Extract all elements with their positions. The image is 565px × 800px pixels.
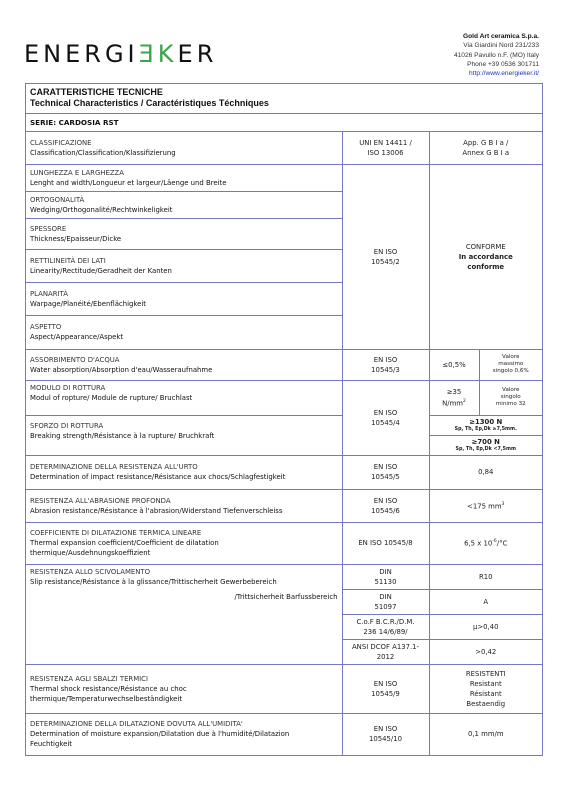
value-line: Bestaendig <box>434 699 539 709</box>
value-line: ≥700 N <box>432 437 541 447</box>
serie-label: SERIE: CARDOSIA RST <box>26 114 542 132</box>
norm-line: 51097 <box>347 602 425 612</box>
value-cell: µ>0,40 <box>429 614 542 639</box>
norm-cell: EN ISO10545/4 <box>342 380 429 455</box>
property-en: Linearity/Rectitude/Geradheit der Kanten <box>30 266 338 276</box>
property-en: Wedging/Orthogonalité/Rechtwinkeligkeit <box>30 205 338 215</box>
value-line: N/mm <box>442 399 463 407</box>
norm-line: EN ISO <box>347 408 425 418</box>
property-en: Warpage/Planéité/Ebenflächigkeit <box>30 299 338 309</box>
value-cell: RESISTENTIResistantRésistantBestaendig <box>429 664 542 713</box>
property-it: SFORZO DI ROTTURA <box>30 421 338 431</box>
company-name: Gold Art ceramica S.p.a. <box>454 32 539 41</box>
property-en: thermique/Ausdehnungskoeffizient <box>30 548 338 558</box>
note-line: singolo 0,6% <box>484 368 539 375</box>
technical-sheet: CARATTERISTICHE TECNICHE Technical Chara… <box>25 83 543 756</box>
property-cell: COEFFICIENTE DI DILATAZIONE TERMICA LINE… <box>26 522 342 564</box>
property-cell: DETERMINAZIONE DELLA DILATAZIONE DOVUTA … <box>26 713 342 755</box>
value-line: ≤0,5% <box>442 361 465 369</box>
condition-line: Sp, Th, Ep,Dk <7,5mm <box>432 447 541 453</box>
value-line: 0,1 mm/m <box>468 730 504 738</box>
norm-line: 10545/3 <box>347 365 425 375</box>
value-line: RESISTENTI <box>434 669 539 679</box>
note-cell: Valoresingolominimo 32 <box>479 380 542 415</box>
property-it: ORTOGONALITÀ <box>30 195 338 205</box>
norm-cell: EN ISO10545/3 <box>342 349 429 380</box>
property-en: Classification/Classification/Klassifizi… <box>30 148 338 158</box>
note-line: minimo 32 <box>484 401 539 408</box>
table-row: MODULO DI ROTTURAModul of ropture/ Modul… <box>26 380 542 415</box>
value-line: App. G B I a / <box>434 138 539 148</box>
value-line: 0,84 <box>478 468 493 476</box>
norm-line: 10545/4 <box>347 418 425 428</box>
property-en: Determination of impact resistance/Résis… <box>30 472 338 482</box>
property-it: COEFFICIENTE DI DILATAZIONE TERMICA LINE… <box>30 528 338 538</box>
company-phone: Phone +39 0536 301711 <box>454 60 539 69</box>
norm-cell: C.o.F B.C.R./D.M.236 14/6/89/ <box>342 614 429 639</box>
norm-line: 2012 <box>347 652 425 662</box>
property-cell: LUNGHEZZA E LARGHEZZALenght and width/Lo… <box>26 164 342 191</box>
property-en: Aspect/Appearance/Aspekt <box>30 332 338 342</box>
property-it: SPESSORE <box>30 224 338 234</box>
property-it: RETTILINEITÀ DEI LATI <box>30 256 338 266</box>
property-cell: SPESSOREThickness/Epaisseur/Dicke <box>26 218 342 249</box>
norm-line: 10545/9 <box>347 689 425 699</box>
property-en: Feuchtigkeit <box>30 739 338 749</box>
property-cell: RESISTENZA ALLO SCIVOLAMENTO Slip resist… <box>26 564 342 664</box>
table-row: RESISTENZA AGLI SBALZI TERMICIThermal sh… <box>26 664 542 713</box>
company-info: Gold Art ceramica S.p.a. Via Giardini No… <box>454 32 539 78</box>
property-cell: SFORZO DI ROTTURABreaking strength/Résis… <box>26 415 342 455</box>
value-cell: ≥35N/mm2 <box>429 380 479 415</box>
norm-line: ISO 13006 <box>347 148 425 158</box>
value-unit: /°C <box>497 540 508 548</box>
value-line: Résistant <box>434 689 539 699</box>
value-cell: App. G B I a /Annex G B I a <box>429 132 542 164</box>
property-en-barefoot: /Trittsicherheit Barfussbereich <box>26 587 342 602</box>
property-cell: ORTOGONALITÀWedging/Orthogonalité/Rechtw… <box>26 191 342 218</box>
property-en: Lenght and width/Longueur et largeur/Läe… <box>30 178 338 188</box>
value-cell: CONFORMEIn accordanceconforme <box>429 164 542 349</box>
property-en: Water absorption/Absorption d'eau/Wasser… <box>30 365 338 375</box>
norm-cell: DIN51097 <box>342 589 429 614</box>
norm-line: EN ISO <box>347 679 425 689</box>
property-cell: DETERMINAZIONE DELLA RESISTENZA ALL'URTO… <box>26 455 342 489</box>
norm-cell: EN ISO10545/10 <box>342 713 429 755</box>
value-cell: R10 <box>429 564 542 589</box>
property-cell: ASSORBIMENTO D'ACQUAWater absorption/Abs… <box>26 349 342 380</box>
norm-line: 10545/10 <box>347 734 425 744</box>
value-cell: ≥700 NSp, Th, Ep,Dk <7,5mm <box>429 435 542 455</box>
value-cell: >0,42 <box>429 639 542 664</box>
norm-line: 236 14/6/89/ <box>347 627 425 637</box>
company-city: 41026 Pavullo n.F. (MO) Italy <box>454 51 539 60</box>
note-line: massimo <box>484 361 539 368</box>
table-row: RESISTENZA ALL'ABRASIONE PROFONDAAbrasio… <box>26 489 542 522</box>
value-cell: ≤0,5% <box>429 349 479 380</box>
value-line: R10 <box>479 573 493 581</box>
value-cell: 0,84 <box>429 455 542 489</box>
property-cell: RESISTENZA AGLI SBALZI TERMICIThermal sh… <box>26 664 342 713</box>
norm-line: EN ISO <box>347 724 425 734</box>
sheet-header: CARATTERISTICHE TECNICHE Technical Chara… <box>26 84 542 114</box>
norm-line: ANSI DCOF A137.1- <box>347 642 425 652</box>
property-en: Thermal shock resistance/Résistance au c… <box>30 684 338 694</box>
norm-line: EN ISO 10545/8 <box>358 539 412 547</box>
norm-line: EN ISO <box>347 355 425 365</box>
table-row: COEFFICIENTE DI DILATAZIONE TERMICA LINE… <box>26 522 542 564</box>
value-line: <175 mm <box>467 502 502 510</box>
property-en: Thickness/Epaisseur/Dicke <box>30 234 338 244</box>
property-it: DETERMINAZIONE DELLA RESISTENZA ALL'URTO <box>30 462 338 472</box>
value-line: >0,42 <box>475 648 496 656</box>
value-line: 6,5 x 10 <box>464 540 492 548</box>
property-it: RESISTENZA ALL'ABRASIONE PROFONDA <box>30 496 338 506</box>
norm-line: DIN <box>347 567 425 577</box>
norm-line: EN ISO <box>347 247 425 257</box>
property-cell: PLANARITÀWarpage/Planéité/Ebenflächigkei… <box>26 282 342 315</box>
property-it: DETERMINAZIONE DELLA DILATAZIONE DOVUTA … <box>30 719 338 729</box>
norm-line: 51130 <box>347 577 425 587</box>
value-cell: A <box>429 589 542 614</box>
logo-text-end: ER <box>178 40 218 68</box>
property-cell: ASPETTOAspect/Appearance/Aspekt <box>26 315 342 349</box>
sheet-subtitle: Technical Characteristics / Caractéristi… <box>30 98 538 109</box>
norm-cell: EN ISO10545/5 <box>342 455 429 489</box>
property-cell: CLASSIFICAZIONEClassification/Classifica… <box>26 132 342 164</box>
norm-cell: EN ISO10545/9 <box>342 664 429 713</box>
norm-line: 10545/5 <box>347 472 425 482</box>
table-row: DETERMINAZIONE DELLA RESISTENZA ALL'URTO… <box>26 455 542 489</box>
table-row: SFORZO DI ROTTURABreaking strength/Résis… <box>26 415 542 435</box>
norm-line: DIN <box>347 592 425 602</box>
norm-line: 10545/6 <box>347 506 425 516</box>
company-address: Via Giardini Nord 231/233 <box>454 41 539 50</box>
value-line: A <box>483 598 488 606</box>
property-it: RESISTENZA AGLI SBALZI TERMICI <box>30 674 338 684</box>
norm-cell: ANSI DCOF A137.1-2012 <box>342 639 429 664</box>
property-en: Abrasion resistance/Résistance à l'abras… <box>30 506 338 516</box>
table-row: CLASSIFICAZIONEClassification/Classifica… <box>26 132 542 164</box>
superscript: 3 <box>502 502 505 507</box>
note-line: Valore <box>484 354 539 361</box>
norm-line: EN ISO <box>347 462 425 472</box>
table-row: ASSORBIMENTO D'ACQUAWater absorption/Abs… <box>26 349 542 380</box>
condition-line: Sp, Th, Ep,Dk ≥7,5mm. <box>432 427 541 433</box>
property-en: Determination of moisture expansion/Dila… <box>30 729 338 739</box>
value-line: Annex G B I a <box>434 148 539 158</box>
property-it: CLASSIFICAZIONE <box>30 138 338 148</box>
note-line: singolo <box>484 394 539 401</box>
value-line: ≥1300 N <box>432 417 541 427</box>
property-it: RESISTENZA ALLO SCIVOLAMENTO <box>26 565 342 577</box>
company-url[interactable]: http://www.energieker.it/ <box>454 69 539 78</box>
property-it: LUNGHEZZA E LARGHEZZA <box>30 168 338 178</box>
property-cell: MODULO DI ROTTURAModul of ropture/ Modul… <box>26 380 342 415</box>
norm-cell: UNI EN 14411 /ISO 13006 <box>342 132 429 164</box>
table-row: RESISTENZA ALLO SCIVOLAMENTO Slip resist… <box>26 564 542 589</box>
value-cell: 0,1 mm/m <box>429 713 542 755</box>
property-it: ASPETTO <box>30 322 338 332</box>
sheet-title: CARATTERISTICHE TECNICHE <box>30 87 538 98</box>
value-cell: ≥1300 NSp, Th, Ep,Dk ≥7,5mm. <box>429 415 542 435</box>
value-line: ≥35 <box>434 387 475 397</box>
norm-line: 10545/2 <box>347 257 425 267</box>
property-it: MODULO DI ROTTURA <box>30 383 338 393</box>
note-line: Valore <box>484 387 539 394</box>
property-en: Slip resistance/Résistance à la glissanc… <box>26 577 342 587</box>
norm-line: EN ISO <box>347 496 425 506</box>
value-line: µ>0,40 <box>473 623 499 631</box>
norm-cell: EN ISO10545/2 <box>342 164 429 349</box>
property-cell: RETTILINEITÀ DEI LATILinearity/Rectitude… <box>26 249 342 282</box>
logo-accent: ƎK <box>139 40 178 68</box>
norm-line: C.o.F B.C.R./D.M. <box>347 617 425 627</box>
norm-cell: EN ISO10545/6 <box>342 489 429 522</box>
property-it: ASSORBIMENTO D'ACQUA <box>30 355 338 365</box>
value-line: In accordance <box>434 252 539 262</box>
value-line: conforme <box>434 262 539 272</box>
energieker-logo: ENERGIƎKER <box>24 40 217 68</box>
value-cell: <175 mm3 <box>429 489 542 522</box>
table-row: LUNGHEZZA E LARGHEZZALenght and width/Lo… <box>26 164 542 191</box>
value-cell: 6,5 x 10-6/°C <box>429 522 542 564</box>
property-en: Modul of ropture/ Module de rupture/ Bru… <box>30 393 338 403</box>
property-en: Thermal expansion coefficient/Coefficien… <box>30 538 338 548</box>
property-cell: RESISTENZA ALL'ABRASIONE PROFONDAAbrasio… <box>26 489 342 522</box>
norm-cell: EN ISO 10545/8 <box>342 522 429 564</box>
property-en: Breaking strength/Résistance à la ruptur… <box>30 431 338 441</box>
property-it: PLANARITÀ <box>30 289 338 299</box>
value-line: Resistant <box>434 679 539 689</box>
logo-text: ENERGI <box>24 40 139 68</box>
table-row: DETERMINAZIONE DELLA DILATAZIONE DOVUTA … <box>26 713 542 755</box>
property-en: thermique/Temperaturwechselbeständigkeit <box>30 694 338 704</box>
norm-cell: DIN51130 <box>342 564 429 589</box>
superscript: 2 <box>463 399 466 404</box>
note-cell: Valoremassimosingolo 0,6% <box>479 349 542 380</box>
norm-line: UNI EN 14411 / <box>347 138 425 148</box>
specs-table: CLASSIFICAZIONEClassification/Classifica… <box>26 132 542 755</box>
value-line: CONFORME <box>434 242 539 252</box>
